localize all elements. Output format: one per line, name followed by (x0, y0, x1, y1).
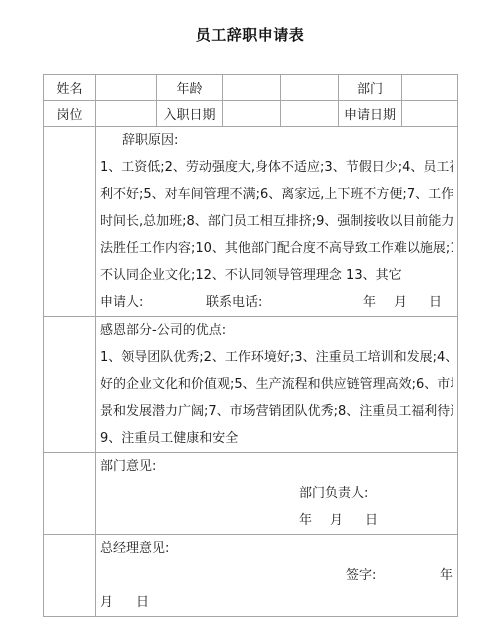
general-manager-date-line: 月 日 (100, 589, 453, 616)
department-manager-line: 部门负责人: (100, 480, 453, 507)
row-label-cell (44, 127, 96, 317)
age-label: 年龄 (157, 75, 223, 101)
name-label: 姓名 (44, 75, 96, 101)
position-label: 岗位 (44, 101, 96, 127)
row-label-cell (44, 453, 96, 535)
resignation-form-table: 姓名 年龄 部门 岗位 入职日期 申请日期 辞职原因: 1、工资低;2、劳动强度… (43, 74, 458, 617)
application-date-field[interactable] (402, 101, 458, 127)
day-label: 日 (365, 507, 378, 534)
resignation-heading: 辞职原因: (100, 127, 453, 154)
phone-label: 联系电话: (206, 289, 262, 316)
department-manager-label: 部门负责人: (299, 480, 368, 507)
gratitude-row: 感恩部分-公司的优点: 1、领导团队优秀;2、工作环境好;3、注重员工培训和发展… (44, 317, 458, 453)
form-title: 员工辞职申请表 (0, 24, 500, 45)
general-manager-opinion-row: 总经理意见: 签字: 年 月 日 (44, 535, 458, 617)
year-label: 年 (299, 507, 312, 534)
applicant-signature-line: 申请人: 联系电话: 年 月 日 (100, 289, 453, 316)
department-opinion-heading: 部门意见: (100, 453, 453, 480)
department-opinion-row: 部门意见: 部门负责人: 年 月 日 (44, 453, 458, 535)
name-field[interactable] (96, 75, 157, 101)
gratitude-cell[interactable]: 感恩部分-公司的优点: 1、领导团队优秀;2、工作环境好;3、注重员工培训和发展… (96, 317, 458, 453)
month-label: 月 (394, 289, 407, 316)
reason-line: 时间长,总加班;8、部门员工相互排挤;9、强制接收以目前能力无 (100, 208, 453, 235)
hire-date-label: 入职日期 (157, 101, 223, 127)
resignation-reason-cell[interactable]: 辞职原因: 1、工资低;2、劳动强度大,身体不适应;3、节假日少;4、员工福 利… (96, 127, 458, 317)
age-field[interactable] (223, 75, 281, 101)
reason-line: 不认同企业文化;12、不认同领导管理理念 13、其它 (100, 262, 453, 289)
general-manager-opinion-heading: 总经理意见: (100, 535, 453, 562)
applicant-label: 申请人: (100, 289, 143, 316)
header-row-2: 岗位 入职日期 申请日期 (44, 101, 458, 127)
row-label-cell (44, 535, 96, 617)
gratitude-line: 1、领导团队优秀;2、工作环境好;3、注重员工培训和发展;4、良 (100, 344, 453, 371)
day-label: 日 (136, 589, 149, 616)
gratitude-line: 9、注重员工健康和安全 (100, 425, 453, 452)
general-manager-opinion-cell[interactable]: 总经理意见: 签字: 年 月 日 (96, 535, 458, 617)
department-date-line: 年 月 日 (100, 507, 453, 534)
gratitude-line: 景和发展潜力广阔;7、市场营销团队优秀;8、注重员工福利待遇; (100, 398, 453, 425)
department-field[interactable] (402, 75, 458, 101)
department-label: 部门 (339, 75, 402, 101)
day-label: 日 (429, 289, 442, 316)
resignation-reason-row: 辞职原因: 1、工资低;2、劳动强度大,身体不适应;3、节假日少;4、员工福 利… (44, 127, 458, 317)
sign-label: 签字: (346, 562, 376, 589)
row-label-cell (44, 317, 96, 453)
application-date-label: 申请日期 (339, 101, 402, 127)
reason-line: 利不好;5、对车间管理不满;6、离家远,上下班不方便;7、工作 (100, 181, 453, 208)
header-row-1: 姓名 年龄 部门 (44, 75, 458, 101)
empty-cell[interactable] (281, 101, 339, 127)
month-label: 月 (100, 589, 113, 616)
hire-date-field[interactable] (223, 101, 281, 127)
gratitude-line: 好的企业文化和价值观;5、生产流程和供应链管理高效;6、市场前 (100, 371, 453, 398)
reason-line: 法胜任工作内容;10、其他部门配合度不高导致工作难以施展;11、 (100, 235, 453, 262)
general-manager-sign-line: 签字: 年 (100, 562, 453, 589)
gratitude-heading: 感恩部分-公司的优点: (100, 317, 453, 344)
month-label: 月 (330, 507, 343, 534)
reason-line: 1、工资低;2、劳动强度大,身体不适应;3、节假日少;4、员工福 (100, 154, 453, 181)
year-label: 年 (440, 562, 453, 589)
department-opinion-cell[interactable]: 部门意见: 部门负责人: 年 月 日 (96, 453, 458, 535)
empty-cell[interactable] (281, 75, 339, 101)
position-field[interactable] (96, 101, 157, 127)
year-label: 年 (363, 289, 376, 316)
